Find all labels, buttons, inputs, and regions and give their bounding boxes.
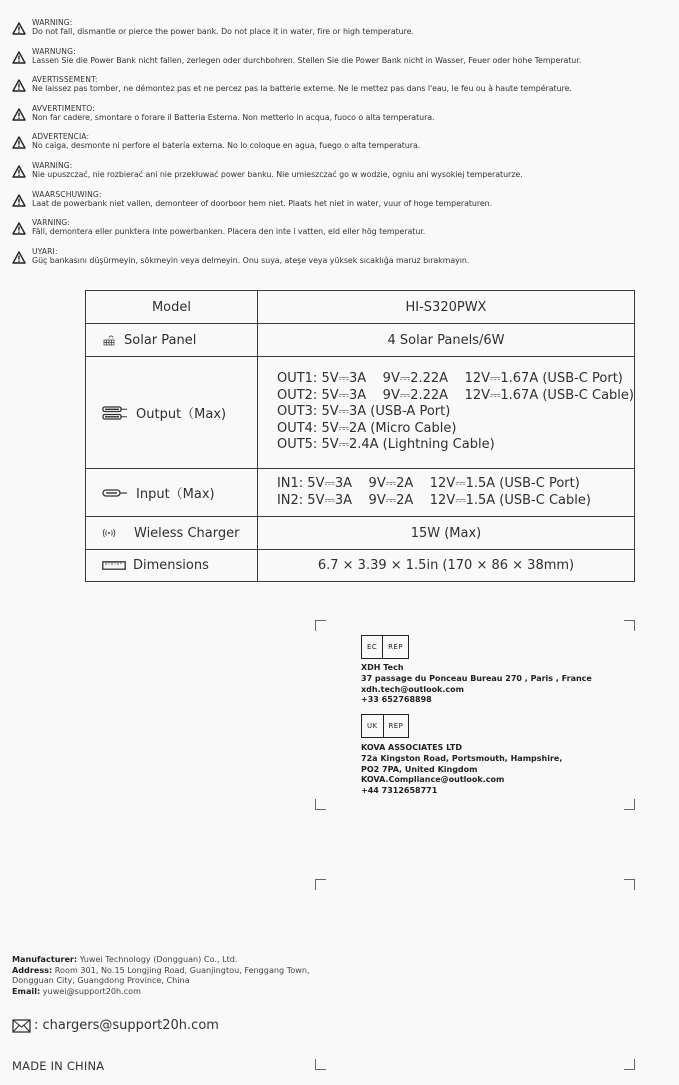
input-values: IN1: 5V⎓3A 9V⎓2A 12V⎓1.5A (USB-C Port) I… [257, 469, 634, 517]
warning-text: No caiga, desmonte ni perfore el batería… [32, 141, 672, 151]
warning-heading: AVERTISSEMENT: [32, 75, 672, 84]
warning-text: Non far cadere, smontare o forare il Bat… [32, 113, 672, 123]
input-line: IN2: 5V⎓3A 9V⎓2A 12V⎓1.5A (USB-C Cable) [277, 493, 634, 509]
ec-rep-info: XDH Tech 37 passage du Ponceau Bureau 27… [361, 663, 592, 706]
warning-triangle-icon [12, 165, 26, 178]
crop-mark [315, 620, 326, 631]
solar-panel-icon [102, 334, 116, 346]
usb-c-cable-icon [102, 489, 128, 497]
solar-value: 4 Solar Panels/6W [257, 324, 634, 357]
ec-badge-part: EC [362, 636, 382, 658]
warning-text: Nie upuszczać, nie rozbierać ani nie prz… [32, 170, 672, 180]
warning-triangle-icon [12, 136, 26, 149]
warning-heading: WAARSCHUWING: [32, 190, 672, 199]
warning-heading: VARNING: [32, 218, 672, 227]
table-row-solar: Solar Panel 4 Solar Panels/6W [86, 324, 635, 357]
uk-rep-phone: +44 7312658771 [361, 786, 562, 797]
warning-text: Ne laissez pas tomber, ne démontez pas e… [32, 84, 672, 94]
wireless-label: Wieless Charger [134, 526, 239, 541]
manufacturer-value: Yuwei Technology (Dongguan) Co., Ltd. [77, 954, 237, 964]
crop-mark [315, 879, 326, 890]
model-label: Model [86, 291, 258, 324]
warning-item: WAARSCHUWING:Laat de powerbank niet vall… [12, 190, 672, 219]
spec-table: Model HI-S320PWX Solar Panel 4 Solar Pan… [85, 290, 635, 582]
crop-mark [315, 1059, 326, 1070]
made-in-label: MADE IN CHINA [12, 1059, 104, 1073]
table-row-input: Input（Max) IN1: 5V⎓3A 9V⎓2A 12V⎓1.5A (US… [86, 469, 635, 517]
warnings-list: WARNING:Do not fall, dismantle or pierce… [12, 18, 672, 275]
solar-label: Solar Panel [124, 333, 196, 348]
warning-text: Lassen Sie die Power Bank nicht fallen, … [32, 56, 672, 66]
dimensions-label: Dimensions [133, 558, 209, 573]
table-row-model: Model HI-S320PWX [86, 291, 635, 324]
output-line: OUT3: 5V⎓3A (USB-A Port) [277, 404, 634, 420]
warning-triangle-icon [12, 108, 26, 121]
table-row-dimensions: Dimensions 6.7 × 3.39 × 1.5in (170 × 86 … [86, 550, 635, 582]
warning-triangle-icon [12, 251, 26, 264]
uk-rep-company: KOVA ASSOCIATES LTD [361, 743, 562, 754]
warning-triangle-icon [12, 194, 26, 207]
output-line: OUT4: 5V⎓2A (Micro Cable) [277, 421, 634, 437]
warning-text: Do not fall, dismantle or pierce the pow… [32, 27, 672, 37]
model-value: HI-S320PWX [257, 291, 634, 324]
rep-badge-part: REP [383, 715, 409, 737]
uk-rep-address-1: 72a Kingston Road, Portsmouth, Hampshire… [361, 754, 562, 765]
support-email: : chargers@support20h.com [34, 1018, 219, 1033]
ec-rep-company: XDH Tech [361, 663, 592, 674]
warning-heading: WARNING: [32, 161, 672, 170]
crop-mark [624, 1059, 635, 1070]
uk-rep-info: KOVA ASSOCIATES LTD 72a Kingston Road, P… [361, 743, 562, 797]
input-label: Input（Max) [136, 487, 215, 502]
manufacturer-info: Manufacturer: Yuwei Technology (Dongguan… [12, 954, 312, 996]
output-label: Output（Max) [136, 407, 226, 422]
address-label: Address: [12, 965, 52, 975]
usb-ports-icon [102, 406, 128, 420]
email-value: yuwei@support20h.com [40, 986, 141, 996]
support-contact: : chargers@support20h.com [12, 1018, 219, 1033]
table-row-output: Output（Max) OUT1: 5V⎓3A 9V⎓2.22A 12V⎓1.6… [86, 357, 635, 469]
envelope-icon [12, 1019, 31, 1033]
warning-item: AVVERTIMENTO:Non far cadere, smontare o … [12, 104, 672, 133]
dimensions-value: 6.7 × 3.39 × 1.5in (170 × 86 × 38mm) [257, 550, 634, 582]
warning-item: WARNING:Do not fall, dismantle or pierce… [12, 18, 672, 47]
warning-triangle-icon [12, 22, 26, 35]
warning-heading: UYARI: [32, 247, 672, 256]
warning-item: WARNING:Nie upuszczać, nie rozbierać ani… [12, 161, 672, 190]
crop-mark [624, 620, 635, 631]
warning-heading: WARNUNG: [32, 47, 672, 56]
wireless-signal-icon [102, 528, 116, 538]
wireless-value: 15W (Max) [257, 517, 634, 550]
output-line: OUT5: 5V⎓2.4A (Lightning Cable) [277, 437, 634, 453]
warning-item: AVERTISSEMENT:Ne laissez pas tomber, ne … [12, 75, 672, 104]
uk-rep-email: KOVA.Compliance@outlook.com [361, 775, 562, 786]
ec-rep-email: xdh.tech@outlook.com [361, 685, 592, 696]
rep-badge-part: REP [382, 636, 408, 658]
warning-triangle-icon [12, 79, 26, 92]
warning-text: Güç bankasını düşürmeyin, sökmeyin veya … [32, 256, 672, 266]
ec-rep-badge: EC REP [361, 635, 409, 659]
warning-item: UYARI:Güç bankasını düşürmeyin, sökmeyin… [12, 247, 672, 276]
email-label: Email: [12, 986, 40, 996]
table-row-wireless: Wieless Charger 15W (Max) [86, 517, 635, 550]
warning-text: Laat de powerbank niet vallen, demonteer… [32, 199, 672, 209]
crop-mark [315, 799, 326, 810]
crop-mark [624, 799, 635, 810]
warning-triangle-icon [12, 51, 26, 64]
crop-mark [624, 879, 635, 890]
ec-rep-address: 37 passage du Ponceau Bureau 270 , Paris… [361, 674, 592, 685]
input-line: IN1: 5V⎓3A 9V⎓2A 12V⎓1.5A (USB-C Port) [277, 476, 634, 492]
warning-item: WARNUNG:Lassen Sie die Power Bank nicht … [12, 47, 672, 76]
ec-rep-phone: +33 652768898 [361, 695, 592, 706]
warning-heading: AVVERTIMENTO: [32, 104, 672, 113]
ruler-icon [102, 561, 126, 570]
warning-item: ADVERTENCIA:No caiga, desmonte ni perfor… [12, 132, 672, 161]
uk-rep-address-2: PO2 7PA, United Kingdom [361, 765, 562, 776]
uk-rep-badge: UK REP [361, 714, 409, 738]
output-line: OUT1: 5V⎓3A 9V⎓2.22A 12V⎓1.67A (USB-C Po… [277, 371, 634, 387]
warning-item: VARNING:Fäll, demontera eller punktera i… [12, 218, 672, 247]
output-line: OUT2: 5V⎓3A 9V⎓2.22A 12V⎓1.67A (USB-C Ca… [277, 388, 634, 404]
address-value: Room 301, No.15 Longjing Road, Guanjingt… [12, 965, 310, 986]
uk-badge-part: UK [362, 715, 383, 737]
warning-text: Fäll, demontera eller punktera inte powe… [32, 227, 672, 237]
warning-heading: WARNING: [32, 18, 672, 27]
output-values: OUT1: 5V⎓3A 9V⎓2.22A 12V⎓1.67A (USB-C Po… [257, 357, 634, 469]
manufacturer-label: Manufacturer: [12, 954, 77, 964]
warning-heading: ADVERTENCIA: [32, 132, 672, 141]
warning-triangle-icon [12, 222, 26, 235]
